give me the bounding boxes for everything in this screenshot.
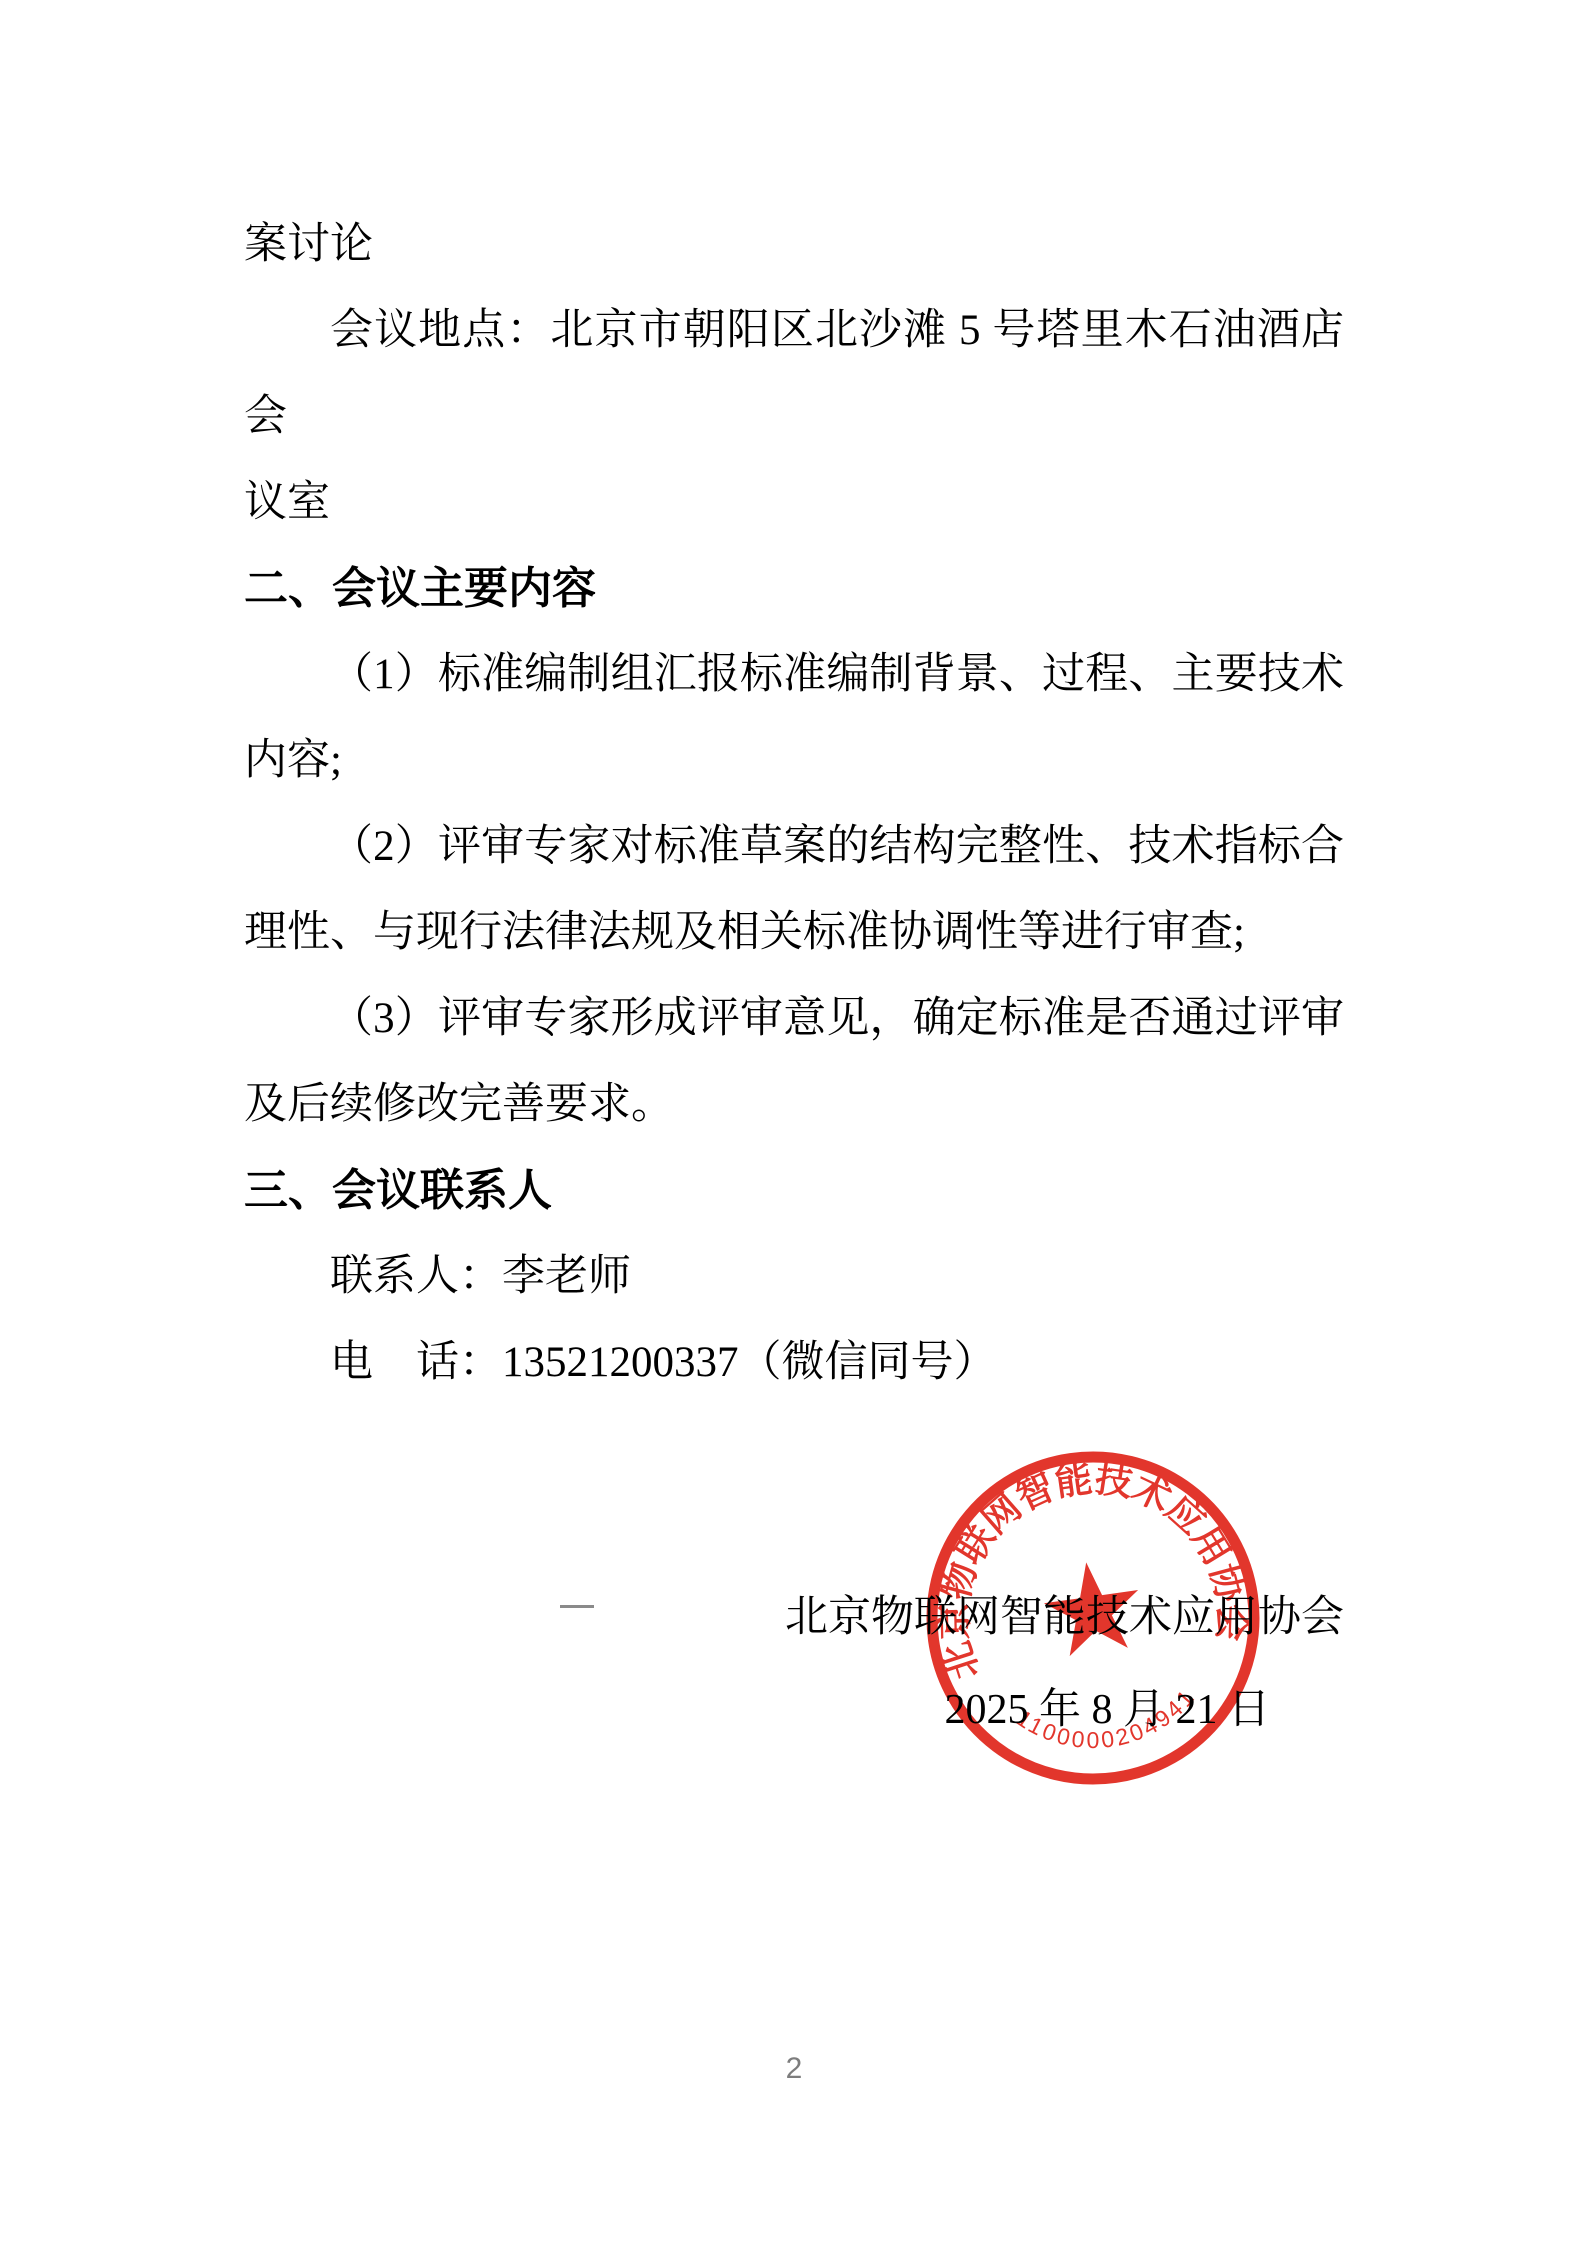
- doc-line: 案讨论: [244, 202, 1344, 288]
- contact-phone-line: 电 话：13521200337（微信同号）: [244, 1320, 1344, 1406]
- document-body: 案讨论 会议地点：北京市朝阳区北沙滩 5 号塔里木石油酒店会 议室 二、会议主要…: [244, 202, 1344, 1406]
- svg-text:北京物联网智能技术应用协会: 北京物联网智能技术应用协会: [913, 1438, 1258, 1685]
- doc-line: 议室: [244, 460, 1344, 546]
- doc-line: （1）标准编制组汇报标准编制背景、过程、主要技术: [244, 632, 1344, 718]
- contact-person-line: 联系人：李老师: [244, 1234, 1344, 1320]
- section-heading-3: 三、会议联系人: [244, 1148, 1344, 1234]
- doc-line: 会议地点：北京市朝阳区北沙滩 5 号塔里木石油酒店会: [244, 288, 1344, 460]
- doc-line: （2）评审专家对标准草案的结构完整性、技术指标合: [244, 804, 1344, 890]
- doc-line: （3）评审专家形成评审意见，确定标准是否通过评审: [244, 976, 1344, 1062]
- page-number: 2: [0, 2052, 1588, 2086]
- doc-line: 及后续修改完善要求。: [244, 1062, 1344, 1148]
- section-heading-2: 二、会议主要内容: [244, 546, 1344, 632]
- doc-line: 理性、与现行法律法规及相关标准协调性等进行审查;: [244, 890, 1344, 976]
- stamp-star-icon: [1039, 1556, 1146, 1659]
- stamp-org-text: 北京物联网智能技术应用协会: [913, 1438, 1258, 1685]
- document-page: { "document": { "lines": [ { "text": "案讨…: [0, 0, 1588, 2245]
- doc-line: 内容;: [244, 718, 1344, 804]
- official-seal-stamp-icon: 北京物联网智能技术应用协会 1100000204941: [913, 1438, 1273, 1798]
